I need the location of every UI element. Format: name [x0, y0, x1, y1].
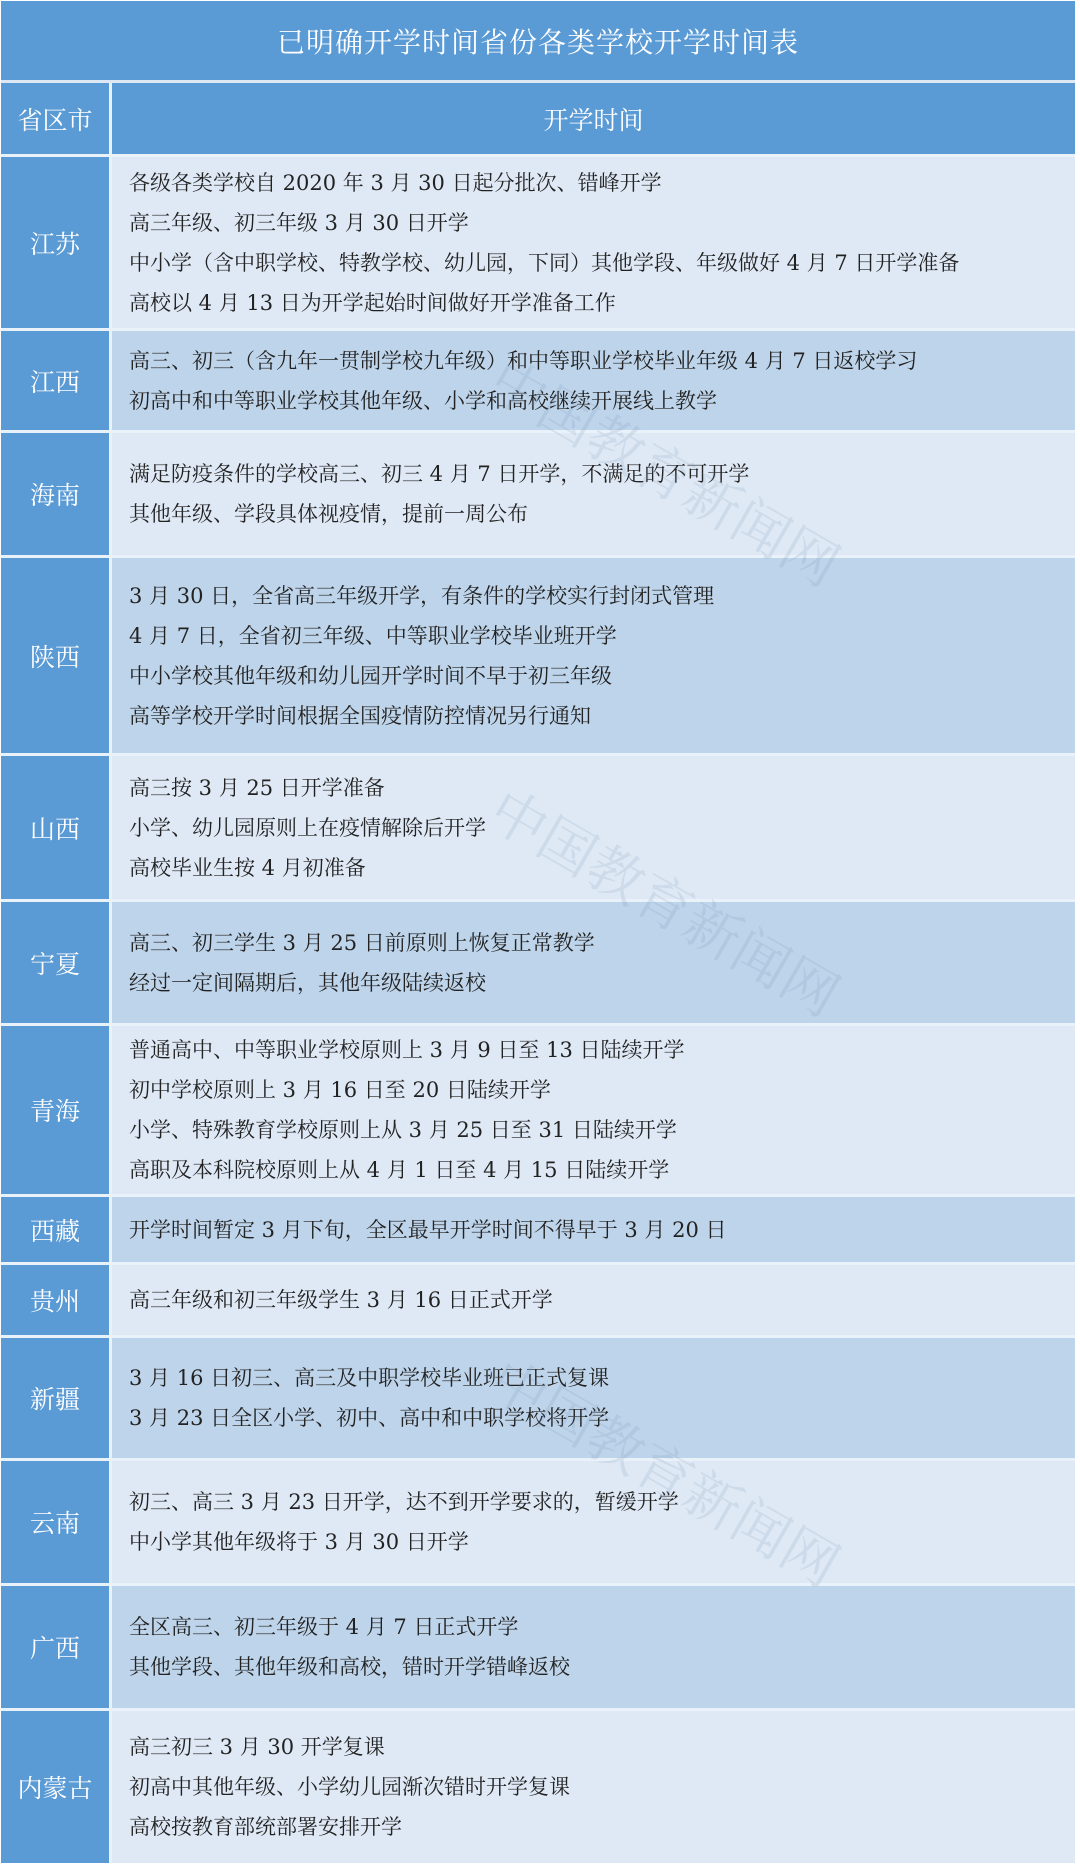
table-row: 山西高三按 3 月 25 日开学准备小学、幼儿园原则上在疫情解除后开学高校毕业生…: [1, 756, 1075, 902]
table-row: 江西高三、初三（含九年一贯制学校九年级）和中等职业学校毕业年级 4 月 7 日返…: [1, 331, 1075, 433]
opening-time-line: 3 月 23 日全区小学、初中、高中和中职学校将开学: [129, 1398, 1075, 1438]
opening-time-cell: 高三、初三学生 3 月 25 日前原则上恢复正常教学经过一定间隔期后，其他年级陆…: [112, 902, 1075, 1023]
province-cell: 青海: [1, 1026, 112, 1194]
opening-time-cell: 普通高中、中等职业学校原则上 3 月 9 日至 13 日陆续开学初中学校原则上 …: [112, 1026, 1075, 1194]
table-row: 新疆3 月 16 日初三、高三及中职学校毕业班已正式复课3 月 23 日全区小学…: [1, 1338, 1075, 1461]
column-header-province: 省区市: [1, 83, 112, 154]
table-body: 江苏各级各类学校自 2020 年 3 月 30 日起分批次、错峰开学高三年级、初…: [1, 157, 1075, 1863]
opening-time-line: 普通高中、中等职业学校原则上 3 月 9 日至 13 日陆续开学: [129, 1030, 1075, 1070]
opening-time-line: 4 月 7 日，全省初三年级、中等职业学校毕业班开学: [129, 616, 1075, 656]
opening-time-line: 全区高三、初三年级于 4 月 7 日正式开学: [129, 1607, 1075, 1647]
opening-time-line: 高等学校开学时间根据全国疫情防控情况另行通知: [129, 696, 1075, 736]
opening-time-cell: 高三初三 3 月 30 开学复课初高中其他年级、小学幼儿园渐次错时开学复课高校按…: [112, 1711, 1075, 1863]
province-cell: 贵州: [1, 1265, 112, 1335]
opening-time-cell: 3 月 30 日，全省高三年级开学，有条件的学校实行封闭式管理4 月 7 日，全…: [112, 558, 1075, 753]
province-cell: 云南: [1, 1461, 112, 1583]
opening-time-cell: 高三年级和初三年级学生 3 月 16 日正式开学: [112, 1265, 1075, 1335]
opening-time-cell: 满足防疫条件的学校高三、初三 4 月 7 日开学，不满足的不可开学其他年级、学段…: [112, 433, 1075, 555]
table-row: 海南满足防疫条件的学校高三、初三 4 月 7 日开学，不满足的不可开学其他年级、…: [1, 433, 1075, 558]
province-cell: 海南: [1, 433, 112, 555]
column-header-time: 开学时间: [112, 83, 1075, 154]
table-row: 内蒙古高三初三 3 月 30 开学复课初高中其他年级、小学幼儿园渐次错时开学复课…: [1, 1711, 1075, 1863]
province-cell: 新疆: [1, 1338, 112, 1458]
opening-time-line: 高三、初三（含九年一贯制学校九年级）和中等职业学校毕业年级 4 月 7 日返校学…: [129, 341, 1075, 381]
opening-time-cell: 3 月 16 日初三、高三及中职学校毕业班已正式复课3 月 23 日全区小学、初…: [112, 1338, 1075, 1458]
opening-time-line: 高校按教育部统部署安排开学: [129, 1807, 1075, 1847]
opening-time-line: 3 月 16 日初三、高三及中职学校毕业班已正式复课: [129, 1358, 1075, 1398]
table-row: 青海普通高中、中等职业学校原则上 3 月 9 日至 13 日陆续开学初中学校原则…: [1, 1026, 1075, 1197]
province-cell: 陕西: [1, 558, 112, 753]
opening-time-line: 初高中和中等职业学校其他年级、小学和高校继续开展线上教学: [129, 381, 1075, 421]
table-row: 江苏各级各类学校自 2020 年 3 月 30 日起分批次、错峰开学高三年级、初…: [1, 157, 1075, 331]
table-title: 已明确开学时间省份各类学校开学时间表: [1, 1, 1075, 83]
table-row: 宁夏高三、初三学生 3 月 25 日前原则上恢复正常教学经过一定间隔期后，其他年…: [1, 902, 1075, 1026]
opening-time-line: 高三年级和初三年级学生 3 月 16 日正式开学: [129, 1280, 1075, 1320]
province-cell: 山西: [1, 756, 112, 899]
opening-time-line: 其他学段、其他年级和高校，错时开学错峰返校: [129, 1647, 1075, 1687]
table-row: 西藏开学时间暂定 3 月下旬，全区最早开学时间不得早于 3 月 20 日: [1, 1197, 1075, 1265]
opening-time-line: 小学、特殊教育学校原则上从 3 月 25 日至 31 日陆续开学: [129, 1110, 1075, 1150]
opening-time-line: 初三、高三 3 月 23 日开学，达不到开学要求的，暂缓开学: [129, 1482, 1075, 1522]
opening-time-line: 中小学（含中职学校、特教学校、幼儿园，下同）其他学段、年级做好 4 月 7 日开…: [129, 243, 1075, 283]
opening-time-line: 中小学校其他年级和幼儿园开学时间不早于初三年级: [129, 656, 1075, 696]
table-row: 贵州高三年级和初三年级学生 3 月 16 日正式开学: [1, 1265, 1075, 1338]
opening-time-line: 其他年级、学段具体视疫情，提前一周公布: [129, 494, 1075, 534]
table-row: 广西全区高三、初三年级于 4 月 7 日正式开学其他学段、其他年级和高校，错时开…: [1, 1586, 1075, 1711]
opening-time-line: 各级各类学校自 2020 年 3 月 30 日起分批次、错峰开学: [129, 163, 1075, 203]
opening-time-line: 中小学其他年级将于 3 月 30 日开学: [129, 1522, 1075, 1562]
opening-time-cell: 高三、初三（含九年一贯制学校九年级）和中等职业学校毕业年级 4 月 7 日返校学…: [112, 331, 1075, 430]
province-cell: 江西: [1, 331, 112, 430]
table-row: 陕西3 月 30 日，全省高三年级开学，有条件的学校实行封闭式管理4 月 7 日…: [1, 558, 1075, 756]
opening-time-line: 经过一定间隔期后，其他年级陆续返校: [129, 963, 1075, 1003]
opening-time-cell: 全区高三、初三年级于 4 月 7 日正式开学其他学段、其他年级和高校，错时开学错…: [112, 1586, 1075, 1708]
opening-time-line: 开学时间暂定 3 月下旬，全区最早开学时间不得早于 3 月 20 日: [129, 1210, 1075, 1250]
opening-time-line: 满足防疫条件的学校高三、初三 4 月 7 日开学，不满足的不可开学: [129, 454, 1075, 494]
opening-time-line: 高三初三 3 月 30 开学复课: [129, 1727, 1075, 1767]
table-row: 云南初三、高三 3 月 23 日开学，达不到开学要求的，暂缓开学中小学其他年级将…: [1, 1461, 1075, 1586]
table-header-row: 省区市 开学时间: [1, 83, 1075, 157]
opening-time-line: 高三、初三学生 3 月 25 日前原则上恢复正常教学: [129, 923, 1075, 963]
opening-time-cell: 高三按 3 月 25 日开学准备小学、幼儿园原则上在疫情解除后开学高校毕业生按 …: [112, 756, 1075, 899]
opening-time-line: 初高中其他年级、小学幼儿园渐次错时开学复课: [129, 1767, 1075, 1807]
opening-time-cell: 开学时间暂定 3 月下旬，全区最早开学时间不得早于 3 月 20 日: [112, 1197, 1075, 1262]
opening-time-line: 高校以 4 月 13 日为开学起始时间做好开学准备工作: [129, 283, 1075, 323]
opening-time-line: 3 月 30 日，全省高三年级开学，有条件的学校实行封闭式管理: [129, 576, 1075, 616]
opening-time-line: 初中学校原则上 3 月 16 日至 20 日陆续开学: [129, 1070, 1075, 1110]
opening-time-line: 高校毕业生按 4 月初准备: [129, 848, 1075, 888]
opening-time-cell: 初三、高三 3 月 23 日开学，达不到开学要求的，暂缓开学中小学其他年级将于 …: [112, 1461, 1075, 1583]
opening-time-line: 小学、幼儿园原则上在疫情解除后开学: [129, 808, 1075, 848]
province-cell: 内蒙古: [1, 1711, 112, 1863]
opening-time-line: 高三年级、初三年级 3 月 30 日开学: [129, 203, 1075, 243]
province-cell: 西藏: [1, 1197, 112, 1262]
opening-time-line: 高职及本科院校原则上从 4 月 1 日至 4 月 15 日陆续开学: [129, 1150, 1075, 1190]
province-cell: 宁夏: [1, 902, 112, 1023]
province-cell: 江苏: [1, 157, 112, 328]
opening-time-cell: 各级各类学校自 2020 年 3 月 30 日起分批次、错峰开学高三年级、初三年…: [112, 157, 1075, 328]
province-cell: 广西: [1, 1586, 112, 1708]
opening-time-line: 高三按 3 月 25 日开学准备: [129, 768, 1075, 808]
school-opening-table: 已明确开学时间省份各类学校开学时间表 省区市 开学时间 江苏各级各类学校自 20…: [1, 1, 1075, 1863]
